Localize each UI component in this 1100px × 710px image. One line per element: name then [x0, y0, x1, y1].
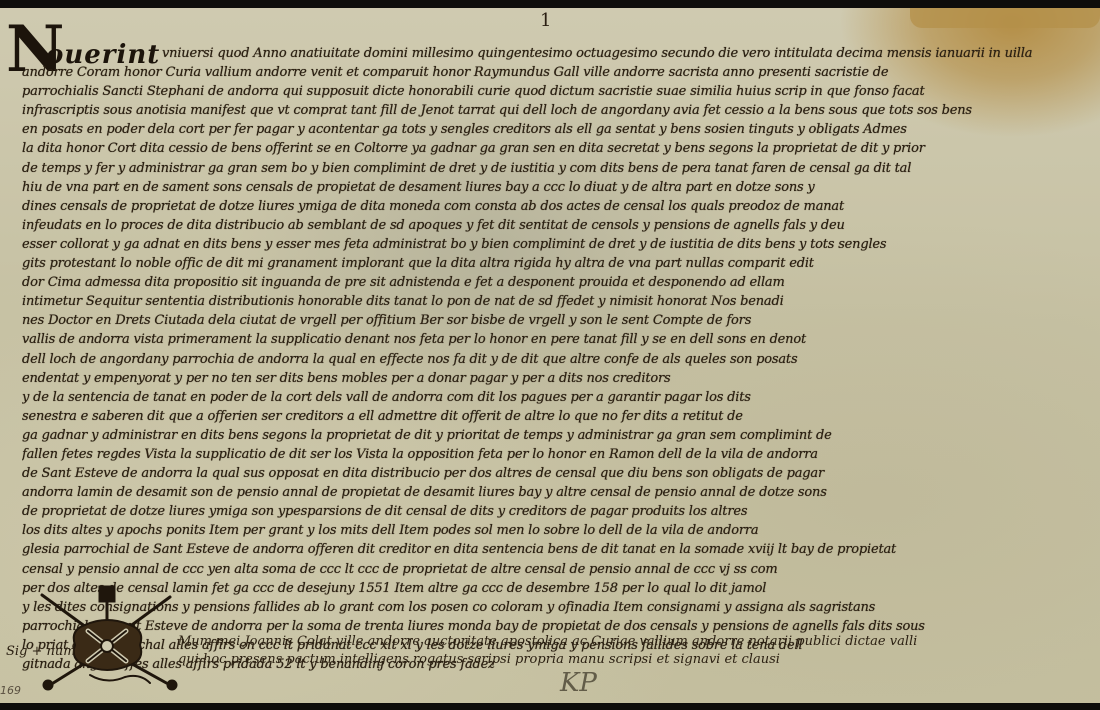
text-line: glesia parrochial de Sant Esteve de ando… — [22, 540, 1097, 559]
signature-line: Mum mei Joannis Colat ville andorre auct… — [178, 633, 918, 651]
text-line: hiu de vna part en de sament sons censal… — [22, 178, 1097, 197]
text-line: intimetur Sequitur sententia distributio… — [22, 292, 1097, 311]
text-line: infrascriptis sous anotisia manifest que… — [22, 101, 1097, 120]
text-line: dor Cima admessa dita propositio sit ing… — [22, 273, 1097, 292]
text-line: los dits altes y apochs ponits Item per … — [22, 521, 1097, 540]
text-line: gits protestant lo noble offic de dit mi… — [22, 254, 1097, 273]
text-line: en posats en poder dela cort per fer pag… — [22, 120, 1097, 139]
signature-line: qui hoc presens pactum intelligens rogat… — [178, 651, 918, 669]
text-line: nes Doctor en Drets Ciutada dela ciutat … — [22, 311, 1097, 330]
text-line: senestra e saberen dit que a offerien se… — [22, 407, 1097, 426]
text-line: andorra lamin de desamit son de pensio a… — [22, 483, 1097, 502]
text-line: la dita honor Cort dita cessio de bens o… — [22, 139, 1097, 158]
text-line: de proprietat de dotze liures ymiga son … — [22, 502, 1097, 521]
text-line: censal y pensio annal de ccc yen alta so… — [22, 560, 1097, 579]
archival-mark: KP — [560, 668, 597, 698]
text-line: de Sant Esteve de andorra la qual sus op… — [22, 464, 1097, 483]
text-line: fallen fetes regdes Vista la supplicatio… — [22, 445, 1097, 464]
text-line: per dos altes de censal lamin fet ga ccc… — [22, 579, 1097, 598]
text-line: y de la sentencia de tanat en poder de l… — [22, 388, 1097, 407]
manuscript-body: vniuersi quod Anno anatiuitate domini mi… — [22, 44, 1097, 674]
text-line: esser collorat y ga adnat en dits bens y… — [22, 235, 1097, 254]
text-line: dell loch de angordany parrochia de ando… — [22, 350, 1097, 369]
text-line: dines censals de proprietat de dotze liu… — [22, 197, 1097, 216]
text-line: ga gadnar y administrar en dits bens seg… — [22, 426, 1097, 445]
notarial-sign-icon — [30, 585, 180, 695]
signature-prefix: Sig + num — [6, 644, 76, 659]
text-line: endentat y empenyorat y per no ten ser d… — [22, 369, 1097, 388]
folio-marker: 1 — [540, 10, 551, 31]
text-line: andorre Coram honor Curia vallium andorr… — [22, 63, 1097, 82]
notary-signature-block: Mum mei Joannis Colat ville andorre auct… — [178, 633, 918, 669]
text-line: de temps y fer y administrar ga gran sem… — [22, 159, 1097, 178]
text-line: infeudats en lo proces de dita distribuc… — [22, 216, 1097, 235]
water-stain — [910, 8, 1100, 28]
text-line: vallis de andorra vista primerament la s… — [22, 330, 1097, 349]
text-line: y les dites consignations y pensions fal… — [22, 598, 1097, 617]
page-number: 169 — [0, 684, 21, 697]
text-line: vniuersi quod Anno anatiuitate domini mi… — [22, 44, 1097, 63]
text-line: parrochialis Sancti Stephani de andorra … — [22, 82, 1097, 101]
